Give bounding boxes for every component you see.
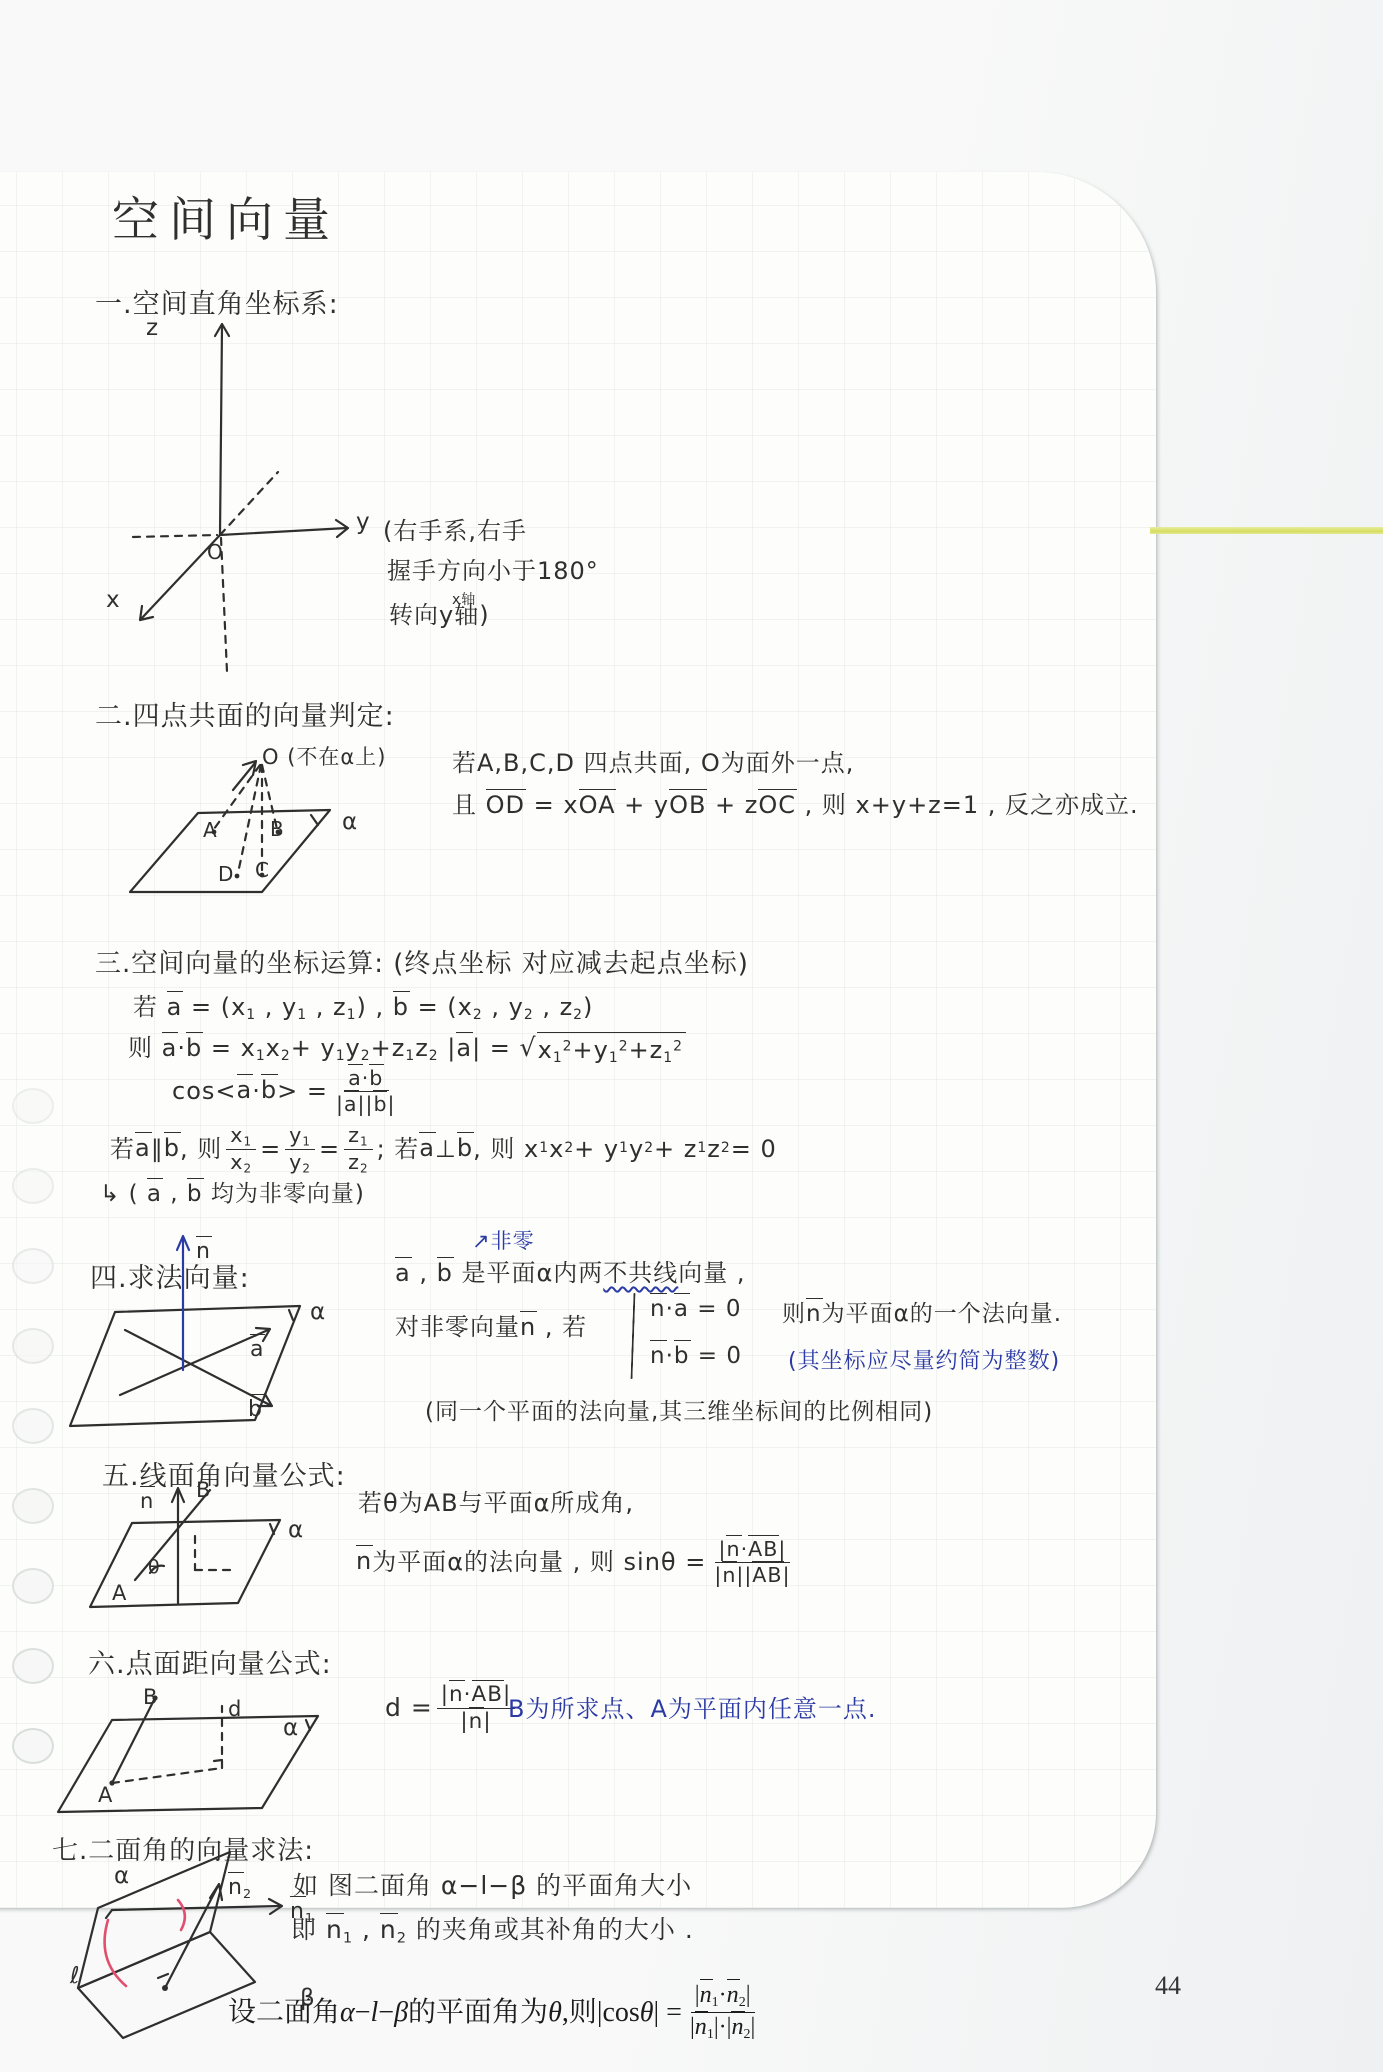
- sec3-line3: cos<a·b> = a·b|a||b|: [172, 1062, 404, 1120]
- binder-hole: [12, 1328, 54, 1364]
- distance-label: d: [228, 1696, 242, 1722]
- sec2-text-line2: 且 OD = xOA + yOB + zOC , 则 x+y+z=1 , 反之亦…: [452, 790, 1139, 820]
- righthand-note-line2: 握手方向小于180°: [387, 556, 599, 586]
- righthand-note-line1: (右手系,右手: [383, 516, 527, 546]
- sec3-heading: 三.空间向量的坐标运算: (终点坐标 对应减去起点坐标): [95, 948, 749, 981]
- sec4-blue-note: (其坐标应尽量约简为整数): [788, 1348, 1060, 1376]
- point-a-label: A: [98, 1782, 113, 1808]
- x-axis-label: x: [106, 586, 121, 615]
- point-d-label: D: [218, 862, 234, 887]
- sec4-lead: 对非零向量n , 若: [395, 1312, 587, 1342]
- sec6-blue-note: B为所求点、A为平面内任意一点.: [508, 1694, 877, 1724]
- sec2-heading: 二.四点共面的向量判定:: [95, 700, 395, 734]
- annotation-arrow-icon: ↗: [472, 1229, 491, 1253]
- righthand-note-line3: 转向y轴): [389, 600, 490, 630]
- z-axis-label: z: [146, 314, 159, 343]
- n-vector-label: n: [140, 1488, 154, 1514]
- sec4-line1: a , b 是平面α内两不共线向量 ,: [395, 1258, 746, 1288]
- binder-hole: [12, 1728, 54, 1764]
- a-vector-label: a: [250, 1336, 264, 1364]
- binder-hole: [12, 1248, 54, 1284]
- point-plane-distance-diagram: [50, 1688, 340, 1818]
- origin-label: O: [207, 540, 224, 565]
- point-b-label: B: [143, 1684, 158, 1710]
- point-a-label: A: [203, 818, 218, 843]
- sec7-line2: 即 n1 , n2 的夹角或其补角的大小 .: [291, 1914, 694, 1947]
- sec4-case1: n·a = 0: [650, 1295, 742, 1324]
- point-c-label: C: [255, 858, 270, 883]
- sec6-heading: 六.点面距向量公式:: [88, 1648, 332, 1682]
- sec5-line1: 若θ为AB与平面α所成角,: [358, 1488, 634, 1518]
- page-number: 44: [1155, 1970, 1181, 2003]
- page-title: 空间向量: [112, 192, 340, 251]
- annotation-text: 非零: [491, 1229, 535, 1253]
- alpha-label: α: [114, 1862, 130, 1891]
- alpha-label: α: [310, 1298, 326, 1327]
- b-vector-label: b: [248, 1396, 263, 1424]
- n2-vector-label: n2: [228, 1874, 252, 1903]
- binder-hole: [12, 1408, 54, 1444]
- sec4-result: 则n为平面α的一个法向量.: [782, 1300, 1062, 1329]
- binder-hole: [12, 1648, 54, 1684]
- nonzero-annotation: ↗非零: [472, 1228, 535, 1254]
- sec3-line1: 若 a = (x1 , y1 , z1) , b = (x2 , y2 , z2…: [133, 992, 593, 1025]
- alpha-label: α: [283, 1714, 299, 1743]
- sec4-case2: n·b = 0: [650, 1342, 742, 1371]
- binder-hole: [12, 1488, 54, 1524]
- sec3-line5: ↳ ( a , b 均为非零向量): [100, 1180, 365, 1209]
- n-vector-label: n: [196, 1238, 211, 1266]
- point-b-label: B: [270, 817, 285, 842]
- sec4-line3: (同一个平面的法向量,其三维坐标间的比例相同): [425, 1398, 933, 1427]
- binder-hole: [12, 1568, 54, 1604]
- printed-dihedral-formula: 设二面角 α − l − β 的平面角为 θ ,则 |cos θ| = |n1·…: [228, 1956, 763, 2068]
- point-a-label: A: [112, 1580, 127, 1606]
- alpha-label: α: [288, 1516, 304, 1545]
- edge-l-label: ℓ: [70, 1962, 81, 1991]
- sec6-formula: d = |n·AB||n|: [385, 1672, 519, 1744]
- alpha-label: α: [342, 808, 358, 837]
- sec2-text-line1: 若A,B,C,D 四点共面, O为面外一点,: [452, 748, 854, 778]
- highlighter-line: [1150, 527, 1383, 534]
- binder-hole: [12, 1088, 54, 1124]
- binder-hole: [12, 1168, 54, 1204]
- o-point-note: O (不在α上): [262, 744, 386, 770]
- sec3-line4: 若 a∥b , 则 x1x2 = y1y2 = z1z2 ; 若 a⊥b , 则…: [110, 1126, 777, 1172]
- theta-label: θ: [148, 1556, 161, 1580]
- y-axis-label: y: [356, 508, 371, 537]
- axes-diagram: [95, 312, 365, 687]
- point-b-label: B: [196, 1477, 211, 1503]
- sec7-line1: 如 图二面角 α−l−β 的平面角大小: [293, 1870, 692, 1901]
- notebook-scan: 空间向量 一.空间直角坐标系: z y x O (右手系,右手 握手方向小于18…: [0, 0, 1383, 2072]
- sec5-line2: n为平面α的法向量 , 则 sinθ = |n·AB||n||AB|: [356, 1522, 799, 1602]
